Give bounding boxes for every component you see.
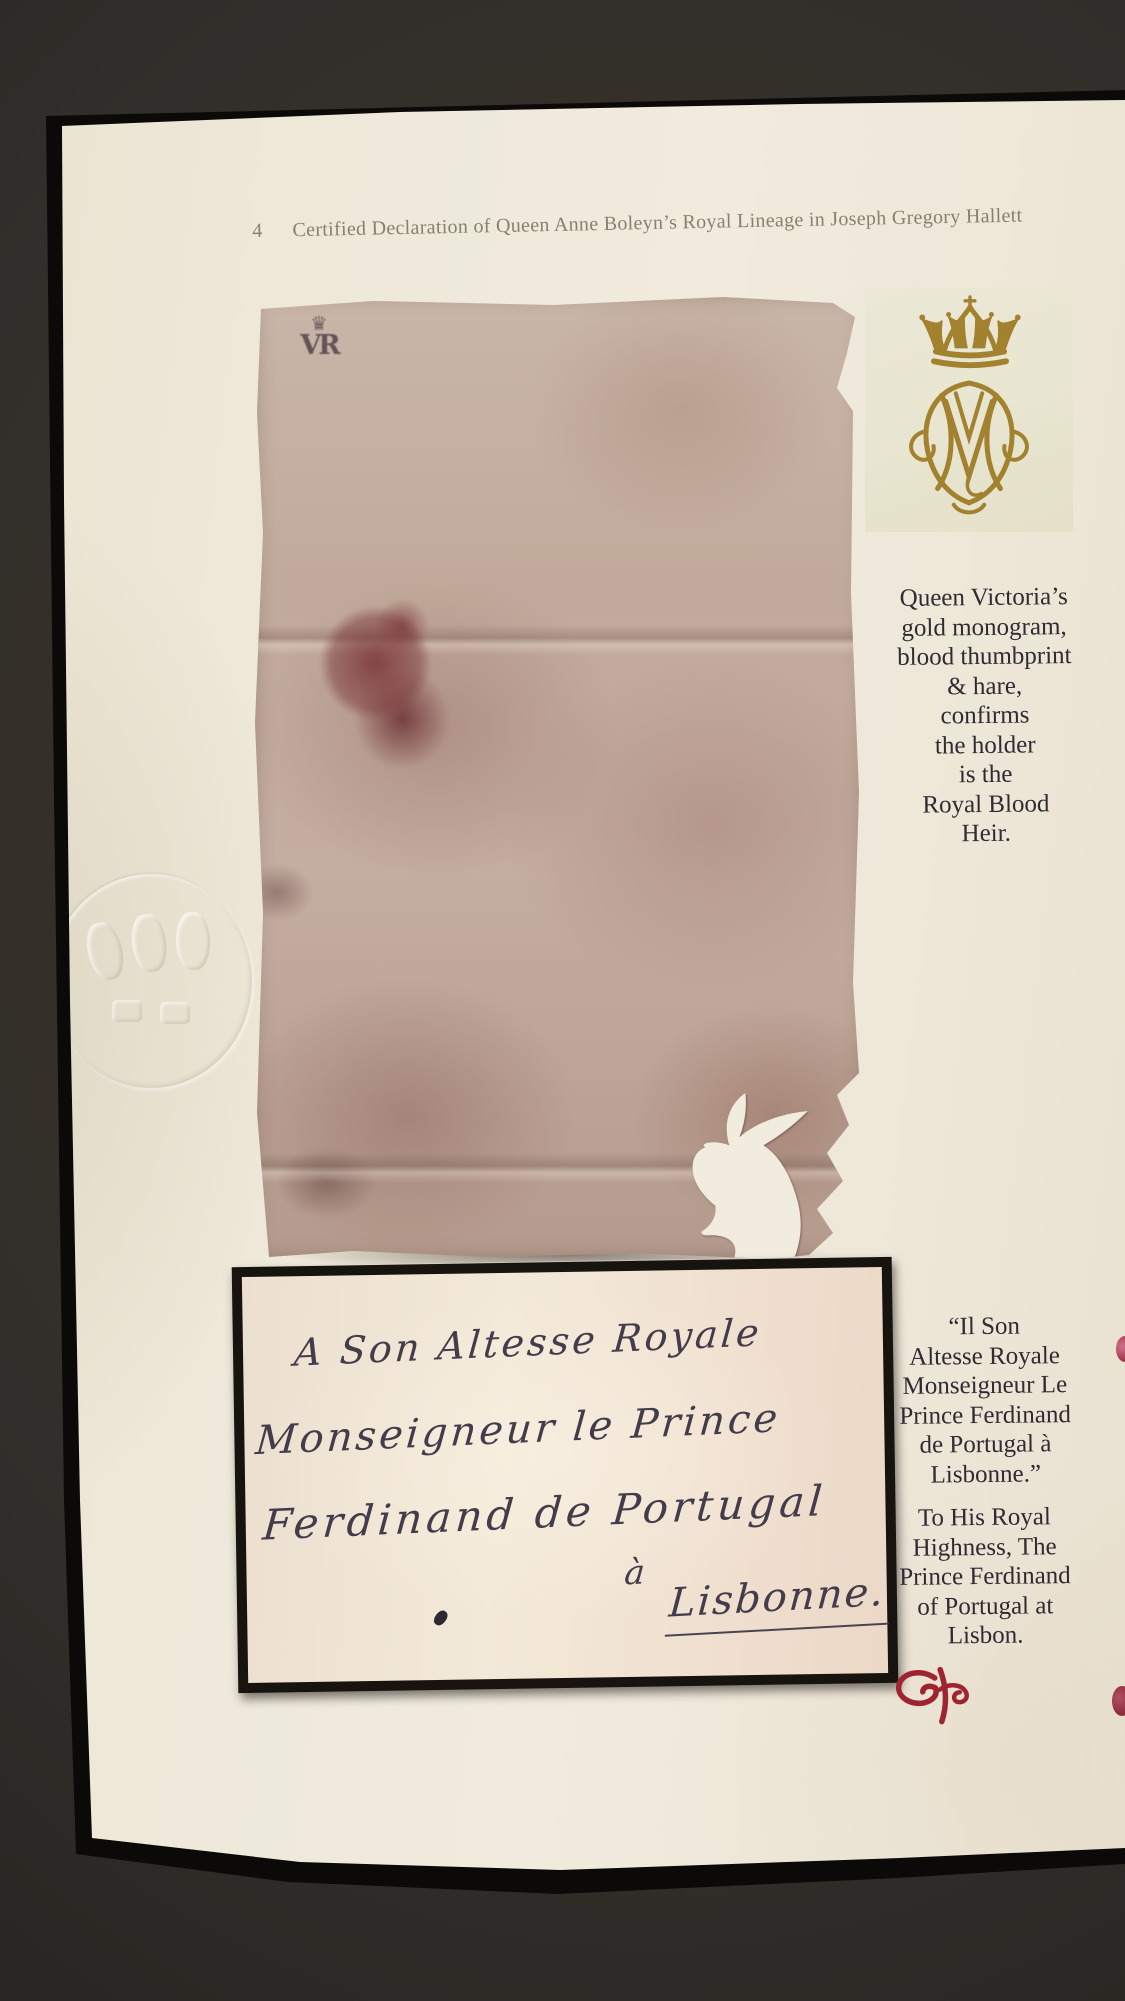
envelope-translation-caption: To His Royal Highness, The Prince Ferdin… xyxy=(855,1502,1115,1652)
handwritten-address-line: A Son Altesse Royale xyxy=(293,1310,764,1374)
emboss-mark xyxy=(81,919,128,984)
emboss-mark xyxy=(128,912,170,974)
monogram-caption: Queen Victoria’s gold monogram, blood th… xyxy=(851,582,1120,850)
red-edge-mark xyxy=(1116,1336,1125,1362)
emboss-mark xyxy=(175,911,211,970)
envelope-photo: A Son Altesse Royale Monseigneur le Prin… xyxy=(232,1257,899,1693)
victoria-monogram-cipher xyxy=(893,369,1045,525)
emboss-mark xyxy=(112,1000,142,1022)
page-number: 4 xyxy=(252,220,263,242)
handwritten-address-line: Ferdinand de Portugal xyxy=(261,1476,828,1550)
stamp-letters: VR xyxy=(291,333,347,359)
red-edge-mark xyxy=(1112,1686,1125,1716)
hare-cutout xyxy=(683,1089,848,1260)
blood-thumbprint xyxy=(303,593,468,778)
parchment-letter-photo: ♛ VR xyxy=(253,293,865,1260)
emboss-mark xyxy=(160,1002,190,1024)
handwritten-address-line: Monseigneur le Prince xyxy=(254,1395,782,1464)
book-page-photo: 4Certified Declaration of Queen Anne Bol… xyxy=(0,0,1125,2001)
crown-icon xyxy=(915,295,1025,371)
crowned-vr-cipher-stamp: ♛ VR xyxy=(291,315,347,359)
red-signature-mark xyxy=(888,1661,982,1731)
running-header: 4Certified Declaration of Queen Anne Bol… xyxy=(252,204,1072,243)
handwritten-address-line: à xyxy=(623,1552,646,1593)
book-page: 4Certified Declaration of Queen Anne Bol… xyxy=(0,0,1125,2001)
embossed-seal xyxy=(50,874,252,1088)
running-header-title: Certified Declaration of Queen Anne Bole… xyxy=(292,205,1022,242)
envelope-quote-caption: “Il Son Altesse Royale Monseigneur Le Pr… xyxy=(855,1311,1115,1491)
gold-monogram-panel xyxy=(865,287,1073,532)
envelope-paper: A Son Altesse Royale Monseigneur le Prin… xyxy=(242,1267,888,1683)
ink-blot xyxy=(432,1608,450,1627)
